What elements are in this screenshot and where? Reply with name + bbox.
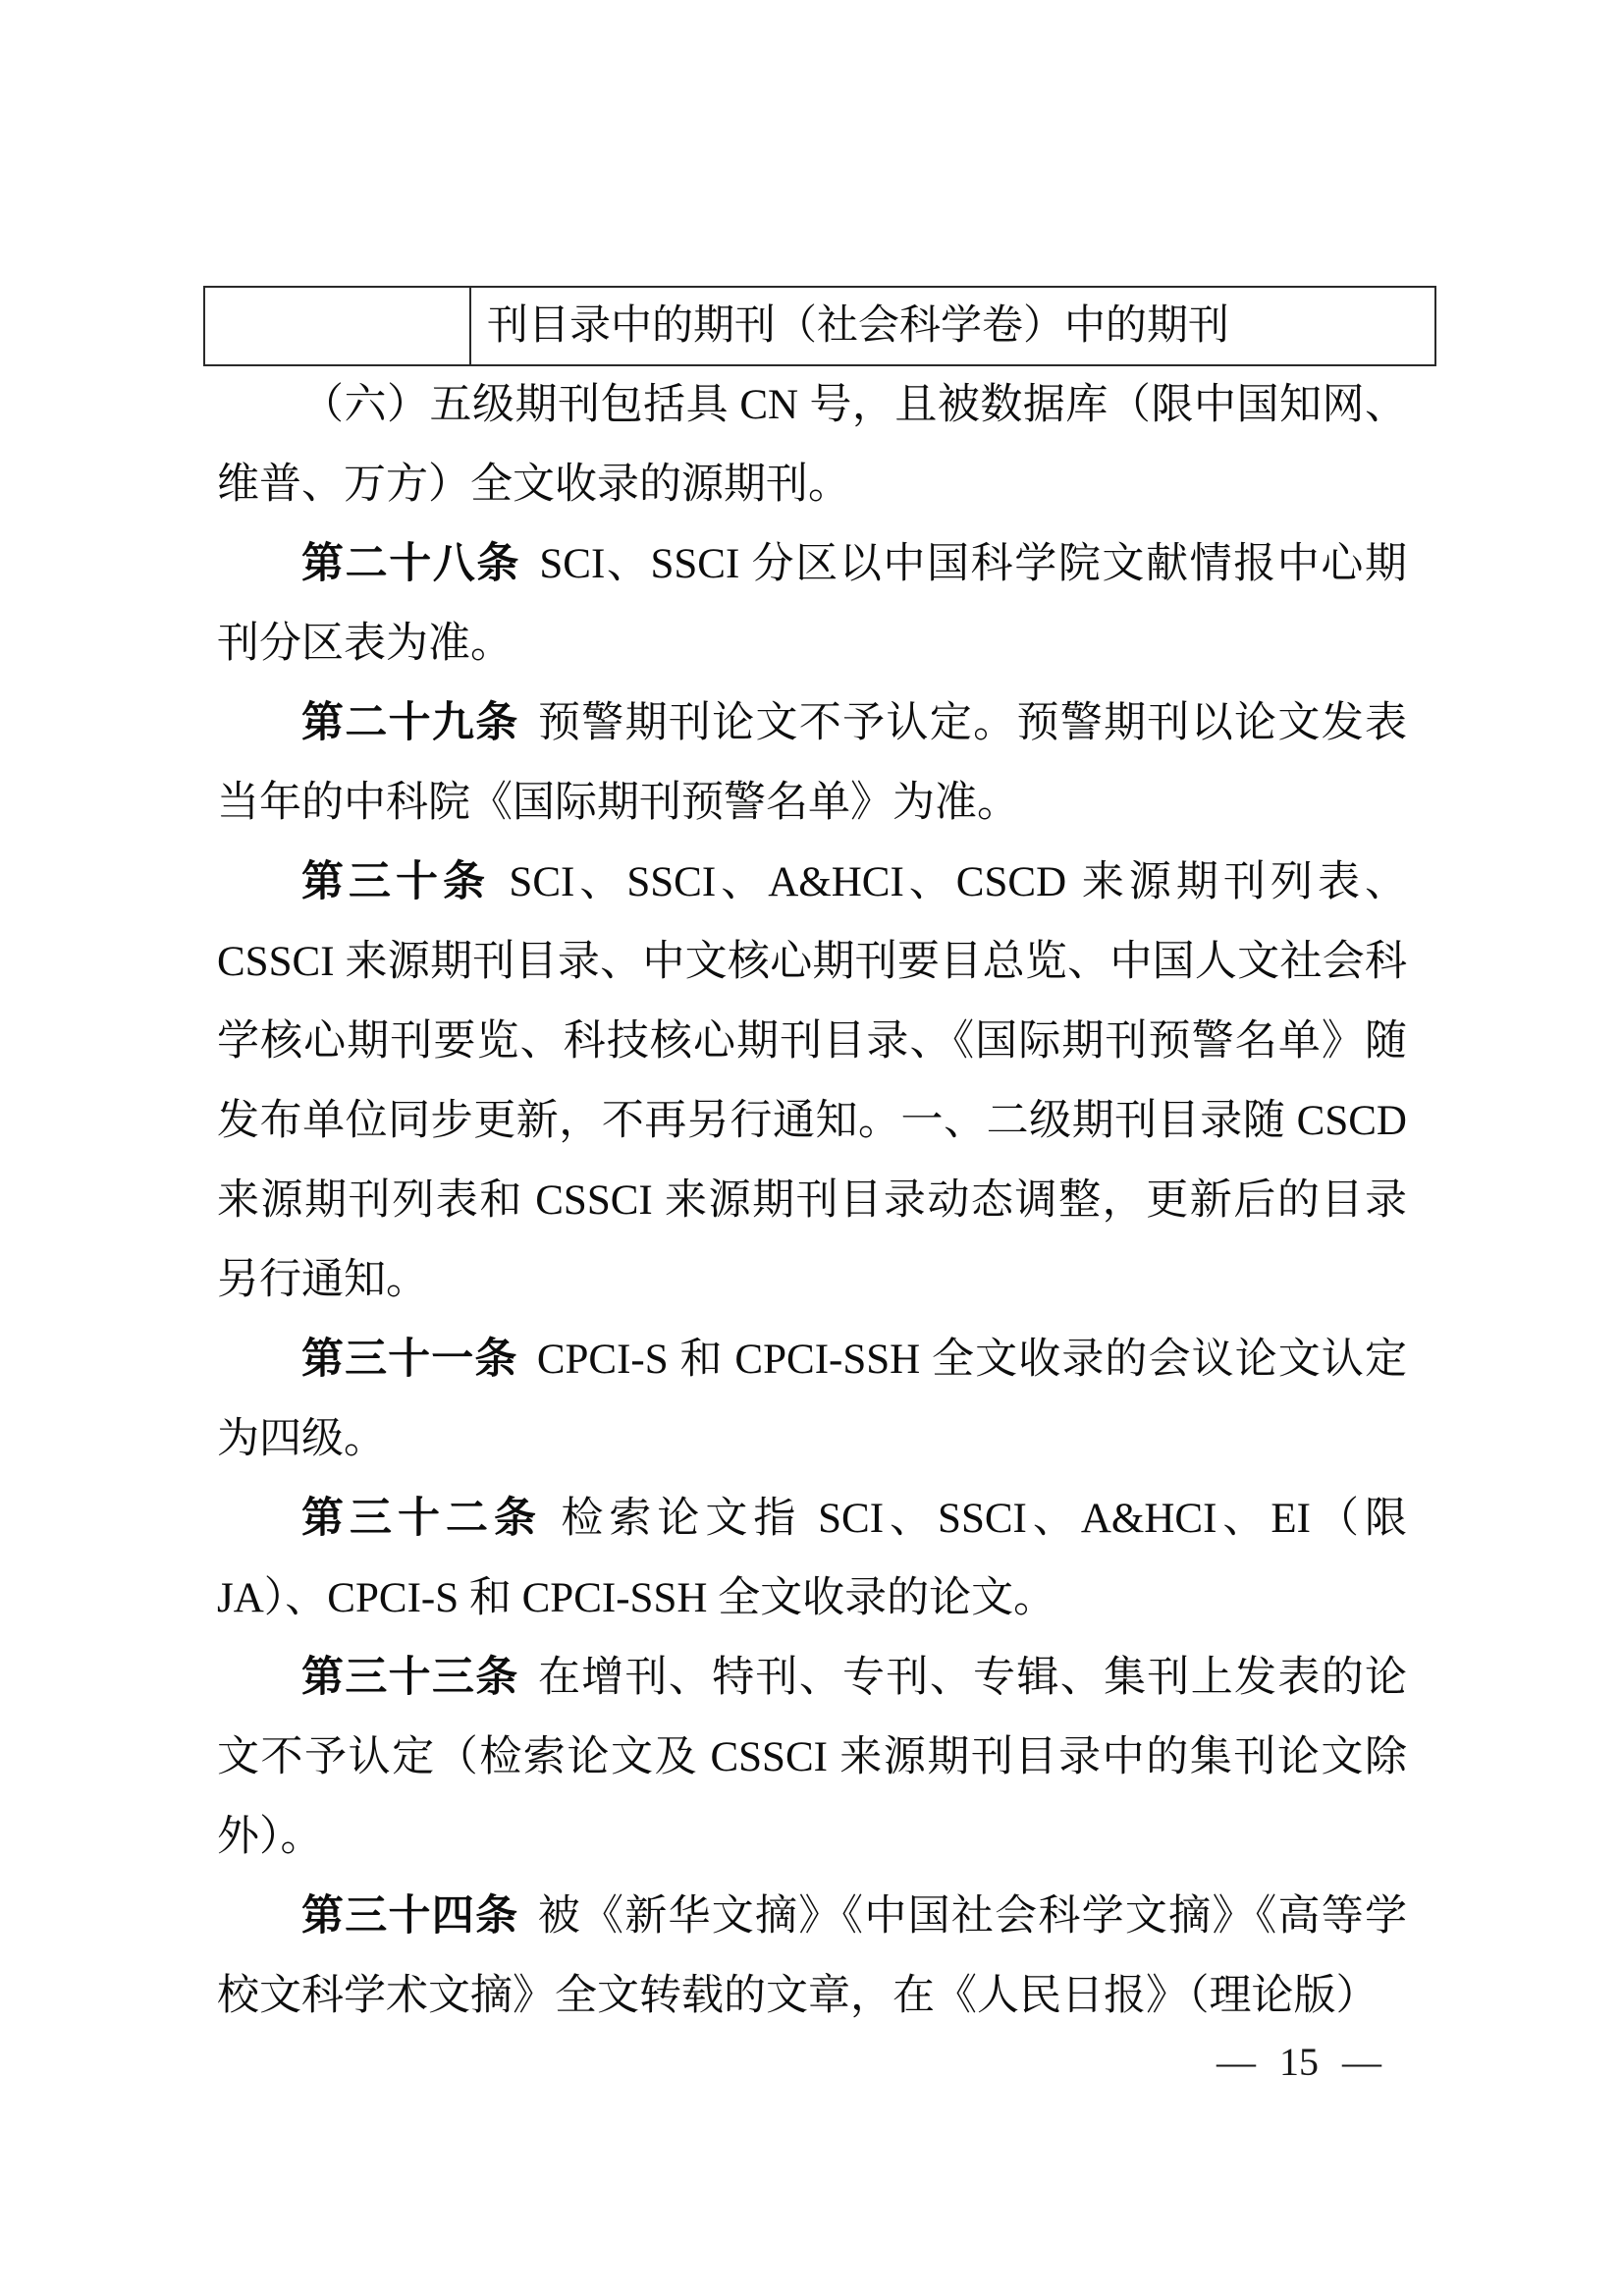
paragraph-article-32: 第三十二条检索论文指 SCI、SSCI、A&HCI、EI（限 JA）、CPCI-… [217,1479,1407,1638]
article-number: 第二十八条 [301,541,520,587]
body-text: （六）五级期刊包括具 CN 号，且被数据库（限中国知网、维普、万方）全文收录的源… [217,365,1407,2036]
table-row: 刊目录中的期刊（社会科学卷）中的期刊 [204,287,1435,365]
table-cell-empty [204,287,470,365]
paragraph-item-6: （六）五级期刊包括具 CN 号，且被数据库（限中国知网、维普、万方）全文收录的源… [217,365,1407,524]
table-cell-journal-description: 刊目录中的期刊（社会科学卷）中的期刊 [470,287,1435,365]
journal-catalog-table-fragment: 刊目录中的期刊（社会科学卷）中的期刊 [203,286,1436,366]
paragraph-article-34: 第三十四条被《新华文摘》《中国社会科学文摘》《高等学校文科学术文摘》全文转载的文… [217,1877,1407,2036]
page-number: — 15 — [1216,2041,1381,2084]
article-number: 第三十一条 [301,1337,517,1383]
paragraph-text: （六）五级期刊包括具 CN 号，且被数据库（限中国知网、维普、万方）全文收录的源… [217,382,1407,508]
paragraph-article-30: 第三十条SCI、SSCI、A&HCI、CSCD 来源期刊列表、CSSCI 来源期… [217,843,1407,1320]
article-number: 第三十三条 [301,1655,519,1701]
article-number: 第三十二条 [301,1496,542,1542]
paragraph-article-28: 第二十八条SCI、SSCI 分区以中国科学院文献情报中心期刊分区表为准。 [217,524,1407,683]
article-number: 第二十九条 [301,700,519,746]
paragraph-article-31: 第三十一条CPCI-S 和 CPCI-SSH 全文收录的会议论文认定为四级。 [217,1320,1407,1479]
article-number: 第三十四条 [301,1893,518,1940]
paragraph-article-29: 第二十九条预警期刊论文不予认定。预警期刊以论文发表当年的中科院《国际期刊预警名单… [217,683,1407,843]
paragraph-text: SCI、SSCI、A&HCI、CSCD 来源期刊列表、CSSCI 来源期刊目录、… [217,859,1407,1303]
article-number: 第三十条 [301,859,490,905]
document-page: 刊目录中的期刊（社会科学卷）中的期刊 （六）五级期刊包括具 CN 号，且被数据库… [0,0,1622,2296]
paragraph-article-33: 第三十三条在增刊、特刊、专刊、专辑、集刊上发表的论文不予认定（检索论文及 CSS… [217,1638,1407,1877]
